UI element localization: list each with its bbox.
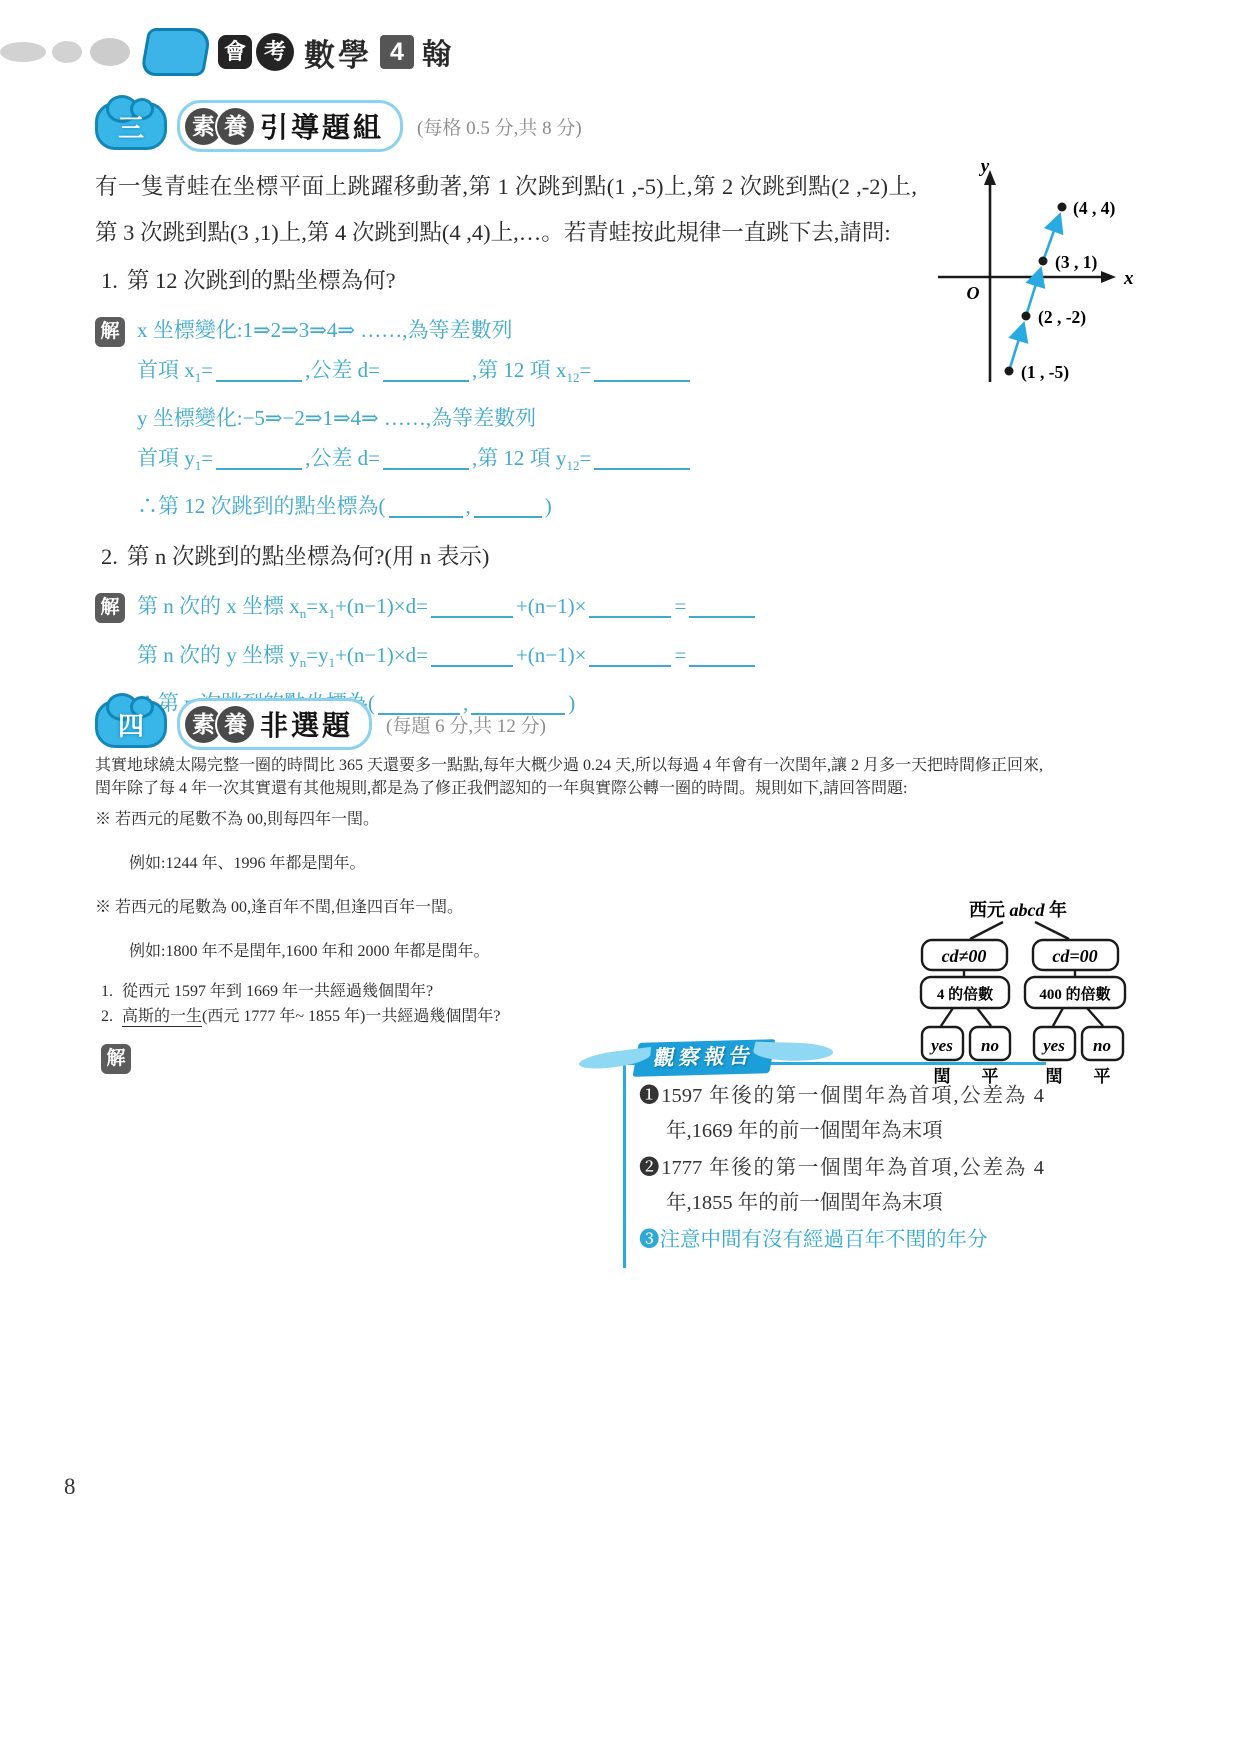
solution-line: y 坐標變化:−5⇒−2⇒1⇒4⇒ ……,為等差數列 bbox=[137, 398, 1151, 438]
solution-line: ∴第 12 次跳到的點坐標為(,) bbox=[137, 486, 1151, 526]
report-item: ❸注意中間有沒有經過百年不閏的年分 bbox=[639, 1223, 1044, 1258]
solution-line: x 坐標變化:1⇒2⇒3⇒4⇒ ……,為等差數列 bbox=[137, 310, 1151, 350]
solution-lines: x 坐標變化:1⇒2⇒3⇒4⇒ ……,為等差數列首項 x1=,公差 d=,第 1… bbox=[137, 310, 1151, 526]
answer-blank[interactable] bbox=[474, 494, 542, 518]
section-4-header: 四 素 養 非選題 (每題 6 分,共 12 分) bbox=[95, 700, 1045, 748]
cloud-decoration-icon bbox=[52, 41, 82, 63]
solve-icon: 解 bbox=[101, 1044, 131, 1074]
x-axis-arrow-icon bbox=[1101, 271, 1116, 283]
common-label: 平 bbox=[1094, 1066, 1111, 1086]
answer-blank[interactable] bbox=[431, 643, 513, 667]
problem-intro: 其實地球繞太陽完整一圈的時間比 365 天還要多一點點,每年大概少過 0.24 … bbox=[95, 752, 1043, 798]
answer-blank[interactable] bbox=[594, 446, 690, 470]
answer-blank[interactable] bbox=[216, 446, 302, 470]
answer-blank[interactable] bbox=[383, 446, 469, 470]
section-title-pill: 素 養 引導題組 bbox=[177, 100, 403, 152]
page-number: 8 bbox=[64, 1474, 76, 1500]
flow-title: 西元 abcd 年 bbox=[969, 899, 1067, 920]
section-3: 三 素 養 引導題組 (每格 0.5 分,共 8 分) 有一隻青蛙在坐標平面上跳… bbox=[95, 102, 1151, 723]
point-label: (4 , 4) bbox=[1073, 198, 1115, 218]
answer-blank[interactable] bbox=[383, 358, 469, 382]
svg-text:cd≠00: cd≠00 bbox=[942, 946, 987, 966]
question-2-row: 2. 高斯的一生(西元 1777 年~ 1855 年)一共經過幾個閏年? bbox=[95, 1003, 1045, 1026]
brand-badge-2: 考 bbox=[256, 33, 294, 71]
solve-icon: 解 bbox=[95, 593, 125, 623]
answer-blank[interactable] bbox=[589, 594, 671, 618]
question-number: 1. bbox=[95, 258, 118, 304]
subscript: 12 bbox=[566, 370, 579, 385]
data-point bbox=[1039, 257, 1048, 266]
problem-intro: 有一隻青蛙在坐標平面上跳躍移動著,第 1 次跳到點(1 ,-5)上,第 2 次跳… bbox=[95, 164, 917, 256]
solution-line: 第 n 次的 y 坐標 yn=y1+(n−1)×d=+(n−1)×= bbox=[137, 635, 1151, 683]
y-axis-label: y bbox=[979, 156, 990, 177]
svg-text:cd=00: cd=00 bbox=[1052, 946, 1097, 966]
competency-tag-icon: 養 bbox=[217, 108, 254, 145]
score-note: (每格 0.5 分,共 8 分) bbox=[417, 113, 582, 140]
solution-block-1: 解 x 坐標變化:1⇒2⇒3⇒4⇒ ……,為等差數列首項 x1=,公差 d=,第… bbox=[137, 310, 1151, 526]
section-title: 引導題組 bbox=[260, 106, 384, 146]
section-3-header: 三 素 養 引導題組 (每格 0.5 分,共 8 分) bbox=[95, 102, 1151, 150]
report-item: ❷1777 年後的第一個閏年為首項,公差為 4 年,1855 年的前一個閏年為末… bbox=[639, 1151, 1044, 1221]
workbook-page: 會 考 數學 4 翰 三 素 養 引導題組 (每格 0.5 分,共 8 分) 有… bbox=[0, 0, 1241, 1755]
page-header: 會 考 數學 4 翰 bbox=[0, 24, 451, 80]
solution-line: 首項 y1=,公差 d=,第 12 項 y12= bbox=[137, 438, 1151, 486]
origin-label: O bbox=[967, 283, 980, 303]
x-axis-label: x bbox=[1123, 268, 1134, 289]
subscript: 12 bbox=[566, 458, 579, 473]
question-number: 2. bbox=[95, 1008, 113, 1026]
answer-blank[interactable] bbox=[689, 643, 755, 667]
observation-report: 觀察報告 ❶1597 年後的第一個閏年為首項,公差為 4 年,1669 年的前一… bbox=[623, 1062, 1046, 1268]
question-1-row: 1. 從西元 1597 年到 1669 年一共經過幾個閏年? bbox=[95, 978, 1045, 1001]
item-number-icon: ❸ bbox=[639, 1229, 660, 1251]
question-text: 高斯的一生(西元 1777 年~ 1855 年)一共經過幾個閏年? bbox=[122, 1003, 500, 1026]
section-title-pill: 素 養 非選題 bbox=[177, 698, 372, 750]
svg-text:no: no bbox=[1093, 1036, 1111, 1055]
section-3-body: 有一隻青蛙在坐標平面上跳躍移動著,第 1 次跳到點(1 ,-5)上,第 2 次跳… bbox=[95, 164, 1151, 723]
section-4: 四 素 養 非選題 (每題 6 分,共 12 分) 其實地球繞太陽完整一圈的時間… bbox=[95, 700, 1045, 1280]
volume-badge: 4 bbox=[380, 35, 414, 69]
solution-line: 第 n 次的 x 坐標 xn=x1+(n−1)×d=+(n−1)×= bbox=[137, 586, 1151, 634]
rule-item: ※ 若西元的尾數不為 00,則每四年一閏。 bbox=[95, 798, 1045, 842]
cloud-decoration-icon bbox=[90, 38, 130, 66]
competency-tag-icon: 養 bbox=[217, 706, 254, 743]
publisher-mark: 翰 bbox=[422, 32, 451, 73]
question-text: 從西元 1597 年到 1669 年一共經過幾個閏年? bbox=[122, 978, 433, 1001]
section-number-badge: 三 bbox=[95, 102, 167, 150]
brand-logo-icon bbox=[140, 28, 212, 76]
rule-example: 例如:1800 年不是閏年,1600 年和 2000 年都是閏年。 bbox=[95, 930, 1045, 974]
brand-title: 數學 bbox=[304, 30, 372, 75]
question-2-row: 2. 第 n 次跳到的點坐標為何?(用 n 表示) bbox=[95, 534, 1151, 580]
brand-badge-1: 會 bbox=[218, 35, 252, 69]
report-ribbon: 觀察報告 bbox=[632, 1039, 775, 1077]
leap-year-rules: ※ 若西元的尾數不為 00,則每四年一閏。 例如:1244 年、1996 年都是… bbox=[95, 798, 1045, 974]
question-number: 1. bbox=[95, 983, 113, 1001]
rule-item: ※ 若西元的尾數為 00,逢百年不閏,但逢四百年一閏。 bbox=[95, 886, 1045, 930]
question-text: 第 n 次跳到的點坐標為何?(用 n 表示) bbox=[127, 534, 489, 580]
cloud-decoration-icon bbox=[0, 42, 46, 62]
answer-blank[interactable] bbox=[431, 594, 513, 618]
underlined-term: 高斯的一生 bbox=[122, 1008, 202, 1027]
question-text: 第 12 次跳到的點坐標為何? bbox=[127, 258, 396, 304]
data-point bbox=[1058, 203, 1067, 212]
question-number: 2. bbox=[95, 534, 118, 580]
answer-blank[interactable] bbox=[589, 643, 671, 667]
section-title: 非選題 bbox=[260, 704, 353, 744]
item-number-icon: ❶ bbox=[639, 1085, 661, 1107]
point-label: (3 , 1) bbox=[1055, 252, 1097, 272]
score-note: (每題 6 分,共 12 分) bbox=[386, 711, 546, 738]
rule-example: 例如:1244 年、1996 年都是閏年。 bbox=[95, 842, 1045, 886]
answer-blank[interactable] bbox=[389, 494, 463, 518]
solution-line: 首項 x1=,公差 d=,第 12 項 x12= bbox=[137, 350, 1151, 398]
leap-label: 閏 bbox=[1046, 1067, 1063, 1086]
answer-blank[interactable] bbox=[689, 594, 755, 618]
solve-icon: 解 bbox=[95, 317, 125, 347]
solve-and-report: 解 觀察報告 ❶1597 年後的第一個閏年為首項,公差為 4 年,1669 年的… bbox=[95, 1040, 1045, 1280]
section-number-badge: 四 bbox=[95, 700, 167, 748]
svg-text:400 的倍數: 400 的倍數 bbox=[1039, 985, 1110, 1003]
report-item: ❶1597 年後的第一個閏年為首項,公差為 4 年,1669 年的前一個閏年為末… bbox=[639, 1079, 1044, 1149]
answer-blank[interactable] bbox=[216, 358, 302, 382]
item-number-icon: ❷ bbox=[639, 1157, 661, 1179]
svg-text:4 的倍數: 4 的倍數 bbox=[937, 985, 993, 1003]
answer-blank[interactable] bbox=[594, 358, 690, 382]
